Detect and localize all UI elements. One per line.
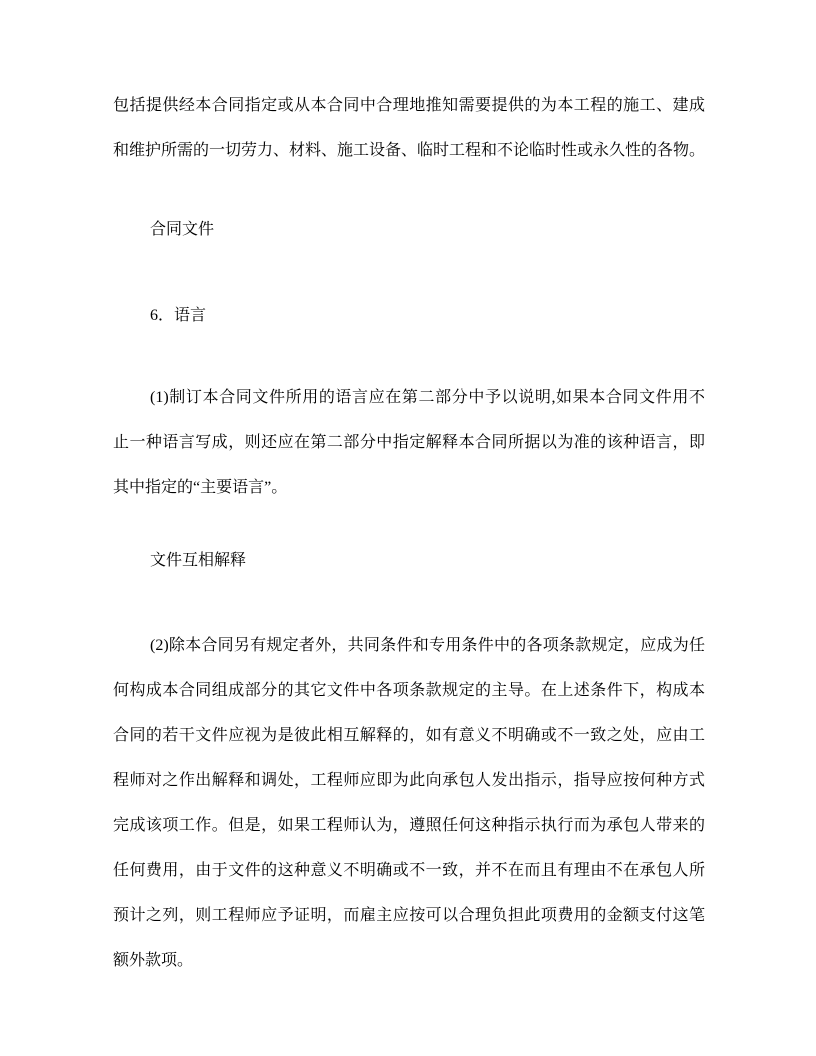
text-line: 何构成本合同组成部分的其它文件中各项条款规定的主导。在上述条件下，构成本 [113,668,705,713]
paragraph-mutual-explanation: (2)除本合同另有规定者外，共同条件和专用条件中的各项条款规定，应成为任 何构成… [113,623,705,983]
heading-language-clause: 6．语言 [113,293,705,338]
heading-contract-documents: 合同文件 [113,207,705,252]
text-line: 预计之列，则工程师应予证明，而雇主应按可以合理负担此项费用的金额支付这笔 [113,893,705,938]
text-line: (1)制订本合同文件所用的语言应在第二部分中予以说明,如果本合同文件用不 [113,375,705,420]
text-line: 止一种语言写成，则还应在第二部分中指定解释本合同所据以为准的该种语言，即 [113,420,705,465]
text-line: (2)除本合同另有规定者外，共同条件和专用条件中的各项条款规定，应成为任 [113,623,705,668]
paragraph-intro-continuation: 包括提供经本合同指定或从本合同中合理地推知需要提供的为本工程的施工、建成 和维护… [113,83,705,173]
document-content: 包括提供经本合同指定或从本合同中合理地推知需要提供的为本工程的施工、建成 和维护… [113,83,705,983]
text-line: 额外款项。 [113,938,705,983]
text-line: 和维护所需的一切劳力、材料、施工设备、临时工程和不论临时性或永久性的各物。 [113,128,705,173]
text-line: 合同的若干文件应视为是彼此相互解释的，如有意义不明确或不一致之处，应由工 [113,713,705,758]
heading-mutual-explanation: 文件互相解释 [113,538,705,583]
text-line: 包括提供经本合同指定或从本合同中合理地推知需要提供的为本工程的施工、建成 [113,83,705,128]
text-line: 程师对之作出解释和调处，工程师应即为此向承包人发出指示，指导应按何种方式 [113,758,705,803]
text-line: 完成该项工作。但是，如果工程师认为，遵照任何这种指示执行而为承包人带来的 [113,803,705,848]
paragraph-language: (1)制订本合同文件所用的语言应在第二部分中予以说明,如果本合同文件用不 止一种… [113,375,705,510]
text-line: 任何费用，由于文件的这种意义不明确或不一致，并不在而且有理由不在承包人所 [113,848,705,893]
document-page: 包括提供经本合同指定或从本合同中合理地推知需要提供的为本工程的施工、建成 和维护… [0,0,816,1056]
text-line: 其中指定的“主要语言”。 [113,465,705,510]
